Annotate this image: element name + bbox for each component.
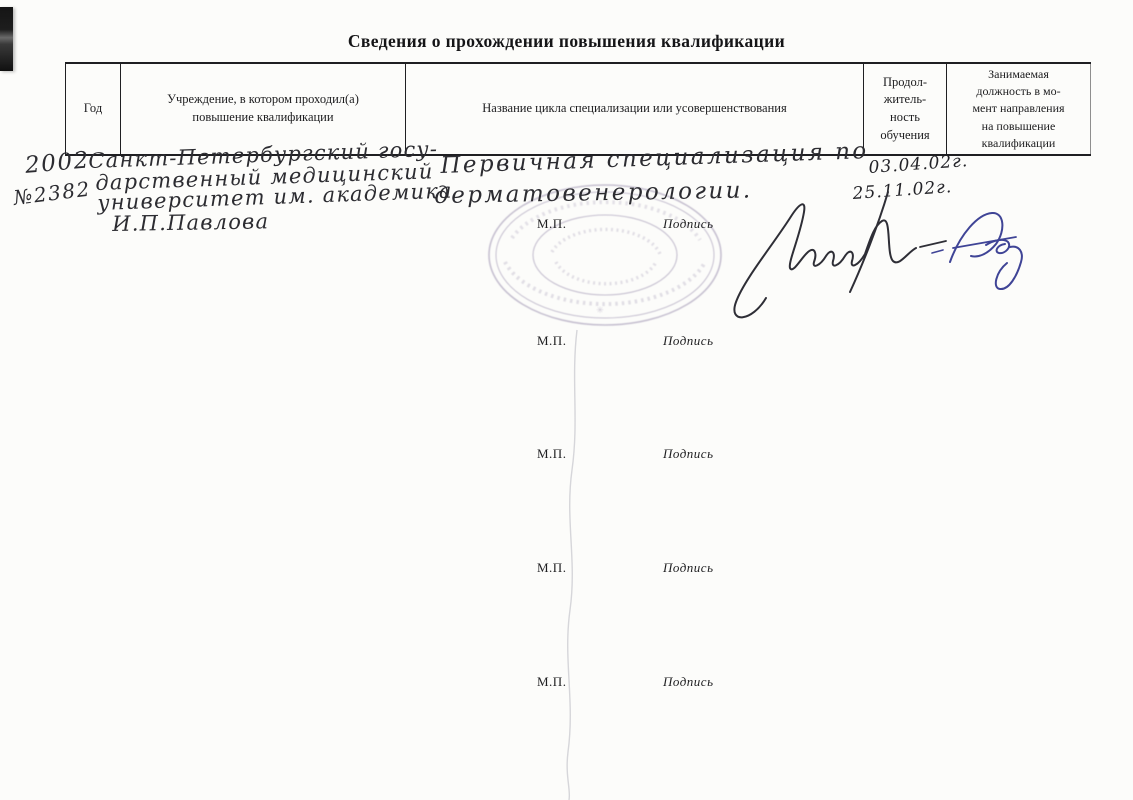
- stamp-signature-row: М.П. Подпись: [0, 674, 1133, 692]
- column-header-duration: Продол- житель- ность обучения: [863, 64, 946, 154]
- stamp-place-label: М.П.: [537, 446, 566, 462]
- column-header-year: Год: [65, 64, 120, 154]
- handwritten-certificate-number: №2382: [12, 177, 92, 210]
- stamp-signature-row: М.П. Подпись: [0, 446, 1133, 464]
- scanned-document-page: Сведения о прохождении повышения квалифи…: [0, 0, 1133, 800]
- stamp-place-label: М.П.: [537, 674, 566, 690]
- document-title: Сведения о прохождении повышения квалифи…: [0, 31, 1133, 52]
- handwritten-cycle-line: дерматовенерологии.: [434, 177, 753, 209]
- stamp-signature-row: М.П. Подпись: [0, 333, 1133, 351]
- stamp-signature-row: М.П. Подпись: [0, 560, 1133, 578]
- signature-label: Подпись: [663, 333, 713, 349]
- stamp-place-label: М.П.: [537, 216, 566, 232]
- stamp-signature-row: М.П. Подпись: [0, 216, 1133, 234]
- signature-label: Подпись: [663, 674, 713, 690]
- signature-label: Подпись: [663, 216, 713, 232]
- signature-label: Подпись: [663, 560, 713, 576]
- stamp-place-label: М.П.: [537, 333, 566, 349]
- handwritten-duration-date: 25.11.02г.: [852, 177, 953, 204]
- signature-label: Подпись: [663, 446, 713, 462]
- column-header-position: Занимаемая должность в мо- мент направле…: [946, 64, 1091, 154]
- handwritten-year: 2002: [24, 147, 91, 179]
- svg-text:✳: ✳: [596, 305, 604, 315]
- stamp-place-label: М.П.: [537, 560, 566, 576]
- table-header: Год Учреждение, в котором проходил(а) по…: [65, 62, 1091, 156]
